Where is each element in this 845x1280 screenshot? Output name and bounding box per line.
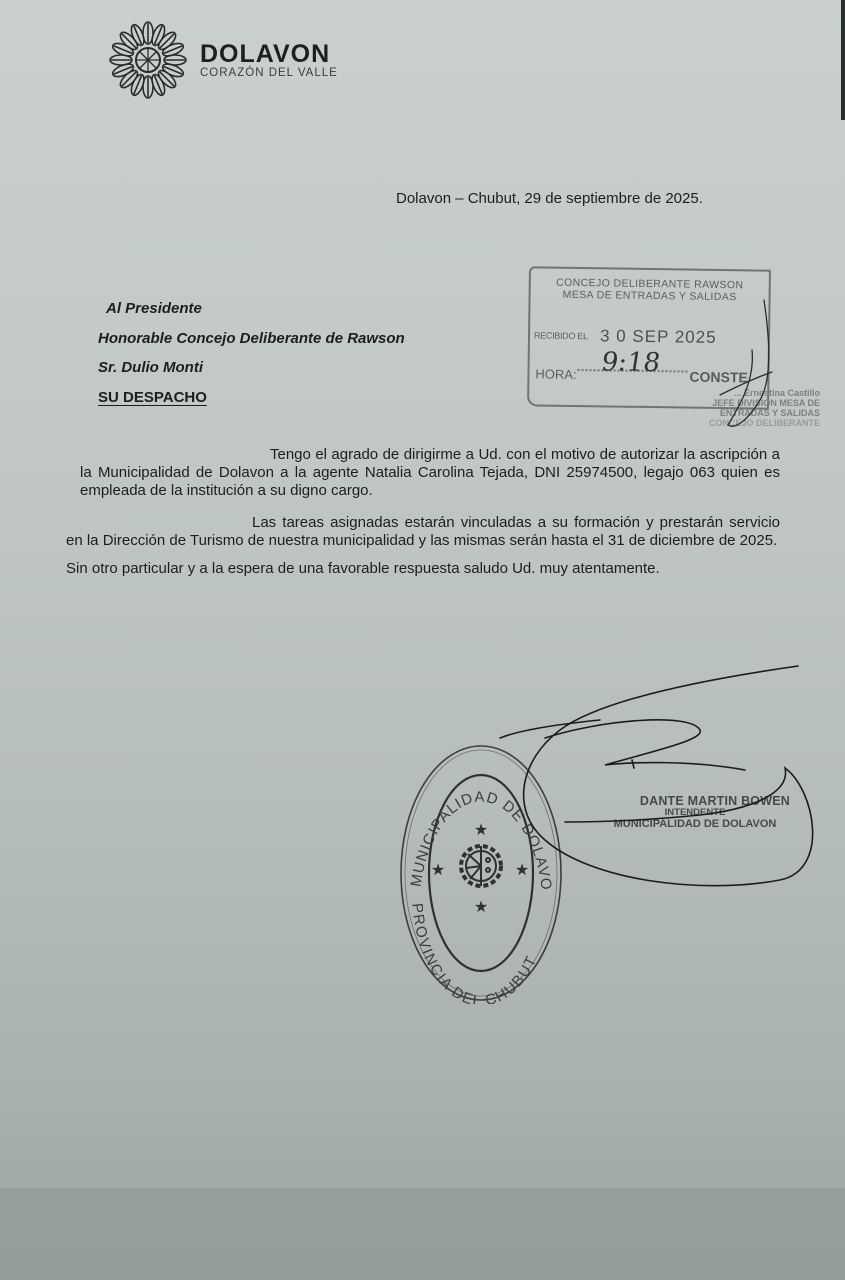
letter-body: Tengo el agrado de dirigirme a Ud. con e…: [66, 446, 780, 578]
stamp-official-footer: ... Ernestina Castillo JEFE DIVISION MES…: [680, 388, 820, 428]
svg-text:★: ★: [474, 897, 488, 916]
stamp-received-date: 3 0 SEP 2025: [600, 326, 717, 348]
svg-text:★: ★: [431, 860, 445, 879]
letter-date: Dolavon – Chubut, 29 de septiembre de 20…: [396, 190, 703, 207]
stamp-footer-line: ENTRADAS Y SALIDAS: [680, 408, 820, 418]
page-bottom-shadow: [0, 1188, 845, 1280]
svg-text:PROVINCIA DEL CHUBUT: PROVINCIA DEL CHUBUT: [408, 902, 540, 1004]
signer-name: DANTE MARTIN BOWEN: [600, 794, 790, 808]
seal-top-text: MUNICIPALIDAD DE DOLAVON: [398, 742, 555, 892]
signer-role: INTENDENTE: [600, 808, 790, 818]
stamp-received-label: RECIBIDO EL: [534, 330, 588, 341]
addressee-line-4: SU DESPACHO: [98, 383, 405, 413]
gear-wheel-emblem-icon: [461, 846, 501, 886]
addressee-block: Al Presidente Honorable Concejo Delibera…: [98, 294, 405, 412]
stamp-footer-line: JEFE DIVISION MESA DE: [680, 398, 820, 408]
seal-bottom-text: PROVINCIA DEL CHUBUT: [408, 902, 540, 1004]
addressee-line-1: Al Presidente: [98, 294, 405, 324]
stamp-footer-line: ... Ernestina Castillo: [680, 388, 820, 398]
stamp-header-2: MESA DE ENTRADAS Y SALIDAS: [531, 288, 769, 303]
signer-organization: MUNICIPALIDAD DE DOLAVON: [600, 818, 790, 830]
stamp-conste-label: CONSTE: [689, 369, 748, 386]
svg-text:★: ★: [515, 860, 529, 879]
body-paragraph-2: Las tareas asignadas estarán vinculadas …: [66, 514, 780, 550]
stamp-time-label: HORA:: [535, 366, 576, 382]
addressee-line-3: Sr. Dulio Monti: [98, 353, 405, 383]
svg-text:MUNICIPALIDAD DE DOLAVON: MUNICIPALIDAD DE DOLAVON: [398, 742, 555, 892]
signer-block: DANTE MARTIN BOWEN INTENDENTE MUNICIPALI…: [600, 794, 790, 830]
letterhead: DOLAVON CORAZÓN DEL VALLE: [104, 20, 338, 100]
municipal-seal: MUNICIPALIDAD DE DOLAVON PROVINCIA DEL C…: [398, 742, 564, 1004]
wheat-wheel-emblem-icon: [104, 20, 192, 100]
addressee-line-2: Honorable Concejo Deliberante de Rawson: [98, 324, 405, 354]
body-paragraph-1: Tengo el agrado de dirigirme a Ud. con e…: [66, 446, 780, 500]
body-paragraph-3: Sin otro particular y a la espera de una…: [66, 560, 780, 578]
stamp-time-handwritten: 9:18: [599, 347, 662, 378]
letterhead-title: DOLAVON: [200, 41, 338, 67]
svg-text:★: ★: [474, 820, 488, 839]
letterhead-subtitle: CORAZÓN DEL VALLE: [200, 67, 338, 80]
stamp-footer-line: CONCEJO DELIBERANTE: [680, 418, 820, 428]
page-edge-shadow: [841, 0, 845, 120]
